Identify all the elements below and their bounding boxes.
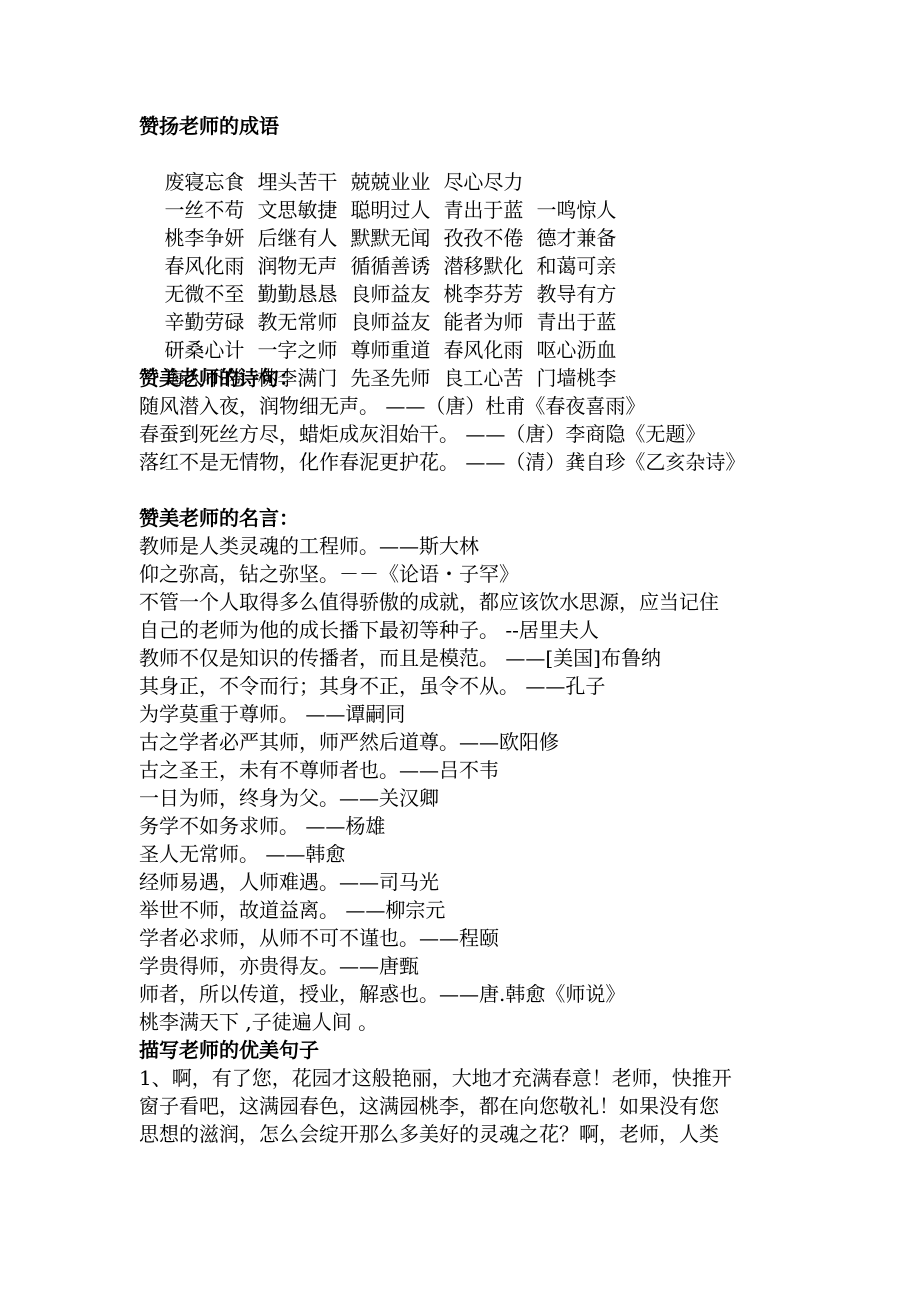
idiom: 兢兢业业 <box>350 168 430 196</box>
sentence-line: 思想的滋润，怎么会绽开那么多美好的灵魂之花？啊，老师，人类 <box>139 1120 819 1148</box>
idiom: 一字之师 <box>257 336 337 364</box>
poem-line: 春蚕到死丝方尽，蜡炬成灰泪始干。 ——（唐）李商隐《无题》 <box>139 420 819 448</box>
idiom: 春风化雨 <box>164 252 244 280</box>
idiom: 无微不至 <box>164 280 244 308</box>
document-page: 赞扬老师的成语 废寝忘食埋头苦干兢兢业业尽心尽力 一丝不苟文思敏捷聪明过人青出于… <box>139 112 819 1148</box>
quote-line: 举世不师，故道益离。 ——柳宗元 <box>139 896 819 924</box>
idiom: 教无常师 <box>257 308 337 336</box>
quote-line: 学贵得师，亦贵得友。——唐甄 <box>139 952 819 980</box>
idiom: 孜孜不倦 <box>443 224 523 252</box>
idiom: 勤勤恳恳 <box>257 280 337 308</box>
quote-line: 其身正，不令而行；其身不正，虽令不从。 ——孔子 <box>139 672 819 700</box>
idiom-row: 废寝忘食埋头苦干兢兢业业尽心尽力 <box>139 140 819 168</box>
idiom: 春风化雨 <box>443 336 523 364</box>
idiom: 埋头苦干 <box>257 168 337 196</box>
idiom: 青出于蓝 <box>443 196 523 224</box>
quotes-heading: 赞美老师的名言： <box>139 504 819 532</box>
idiom: 聪明过人 <box>350 196 430 224</box>
idiom: 文思敏捷 <box>257 196 337 224</box>
quote-line: 学者必求师，从师不可不谨也。——程颐 <box>139 924 819 952</box>
idiom: 德才兼备 <box>536 224 616 252</box>
idiom: 潜移默化 <box>443 252 523 280</box>
quote-line: 教师是人类灵魂的工程师。——斯大林 <box>139 532 819 560</box>
sentence-line: 窗子看吧，这满园春色，这满园桃李，都在向您敬礼！如果没有您 <box>139 1092 819 1120</box>
quote-line: 一日为师，终身为父。——关汉卿 <box>139 784 819 812</box>
idiom: 和蔼可亲 <box>536 252 616 280</box>
quote-line: 自己的老师为他的成长播下最初等种子。 --居里夫人 <box>139 616 819 644</box>
quote-line: 桃李满天下 ,子徒遍人间 。 <box>139 1008 819 1036</box>
idiom: 尊师重道 <box>350 336 430 364</box>
idiom: 能者为师 <box>443 308 523 336</box>
quote-line: 古之学者必严其师，师严然后道尊。——欧阳修 <box>139 728 819 756</box>
idiom: 循循善诱 <box>350 252 430 280</box>
idioms-heading: 赞扬老师的成语 <box>139 112 819 140</box>
idiom: 教导有方 <box>536 280 616 308</box>
idiom: 良工心苦 <box>443 364 523 392</box>
idiom: 后继有人 <box>257 224 337 252</box>
sentences-heading: 描写老师的优美句子 <box>139 1036 819 1064</box>
idiom: 青出于蓝 <box>536 308 616 336</box>
quote-line: 师者，所以传道，授业，解惑也。——唐.韩愈《师说》 <box>139 980 819 1008</box>
quote-line: 不管一个人取得多么值得骄傲的成就，都应该饮水思源，应当记住 <box>139 588 819 616</box>
poem-line: 落红不是无情物，化作春泥更护花。 ——（清）龚自珍《乙亥杂诗》 <box>139 448 819 476</box>
idiom: 默默无闻 <box>350 224 430 252</box>
sentence-line: 1、啊，有了您，花园才这般艳丽，大地才充满春意！老师，快推开 <box>139 1064 819 1092</box>
idiom: 呕心沥血 <box>536 336 616 364</box>
idiom: 门墙桃李 <box>536 364 616 392</box>
idiom: 研桑心计 <box>164 336 244 364</box>
quote-line: 圣人无常师。 ——韩愈 <box>139 840 819 868</box>
idiom: 桃李争妍 <box>164 224 244 252</box>
idiom: 良师益友 <box>350 280 430 308</box>
idiom: 尽心尽力 <box>443 168 523 196</box>
idiom: 润物无声 <box>257 252 337 280</box>
idiom: 一鸣惊人 <box>536 196 616 224</box>
idiom: 辛勤劳碌 <box>164 308 244 336</box>
idiom: 一丝不苟 <box>164 196 244 224</box>
quote-line: 仰之弥高，钻之弥坚。－－《论语・子罕》 <box>139 560 819 588</box>
quote-line: 教师不仅是知识的传播者，而且是模范。 ——[美国]布鲁纳 <box>139 644 819 672</box>
idiom: 桃李芬芳 <box>443 280 523 308</box>
idiom: 废寝忘食 <box>164 168 244 196</box>
quote-line: 为学莫重于尊师。 ——谭嗣同 <box>139 700 819 728</box>
blank-line <box>139 476 819 504</box>
idiom: 良师益友 <box>350 308 430 336</box>
poem-line: 随风潜入夜，润物细无声。 ——（唐）杜甫《春夜喜雨》 <box>139 392 819 420</box>
quote-line: 务学不如务求师。 ——杨雄 <box>139 812 819 840</box>
quote-line: 古之圣王，未有不尊师者也。——吕不韦 <box>139 756 819 784</box>
idiom: 先圣先师 <box>350 364 430 392</box>
quote-line: 经师易遇，人师难遇。——司马光 <box>139 868 819 896</box>
